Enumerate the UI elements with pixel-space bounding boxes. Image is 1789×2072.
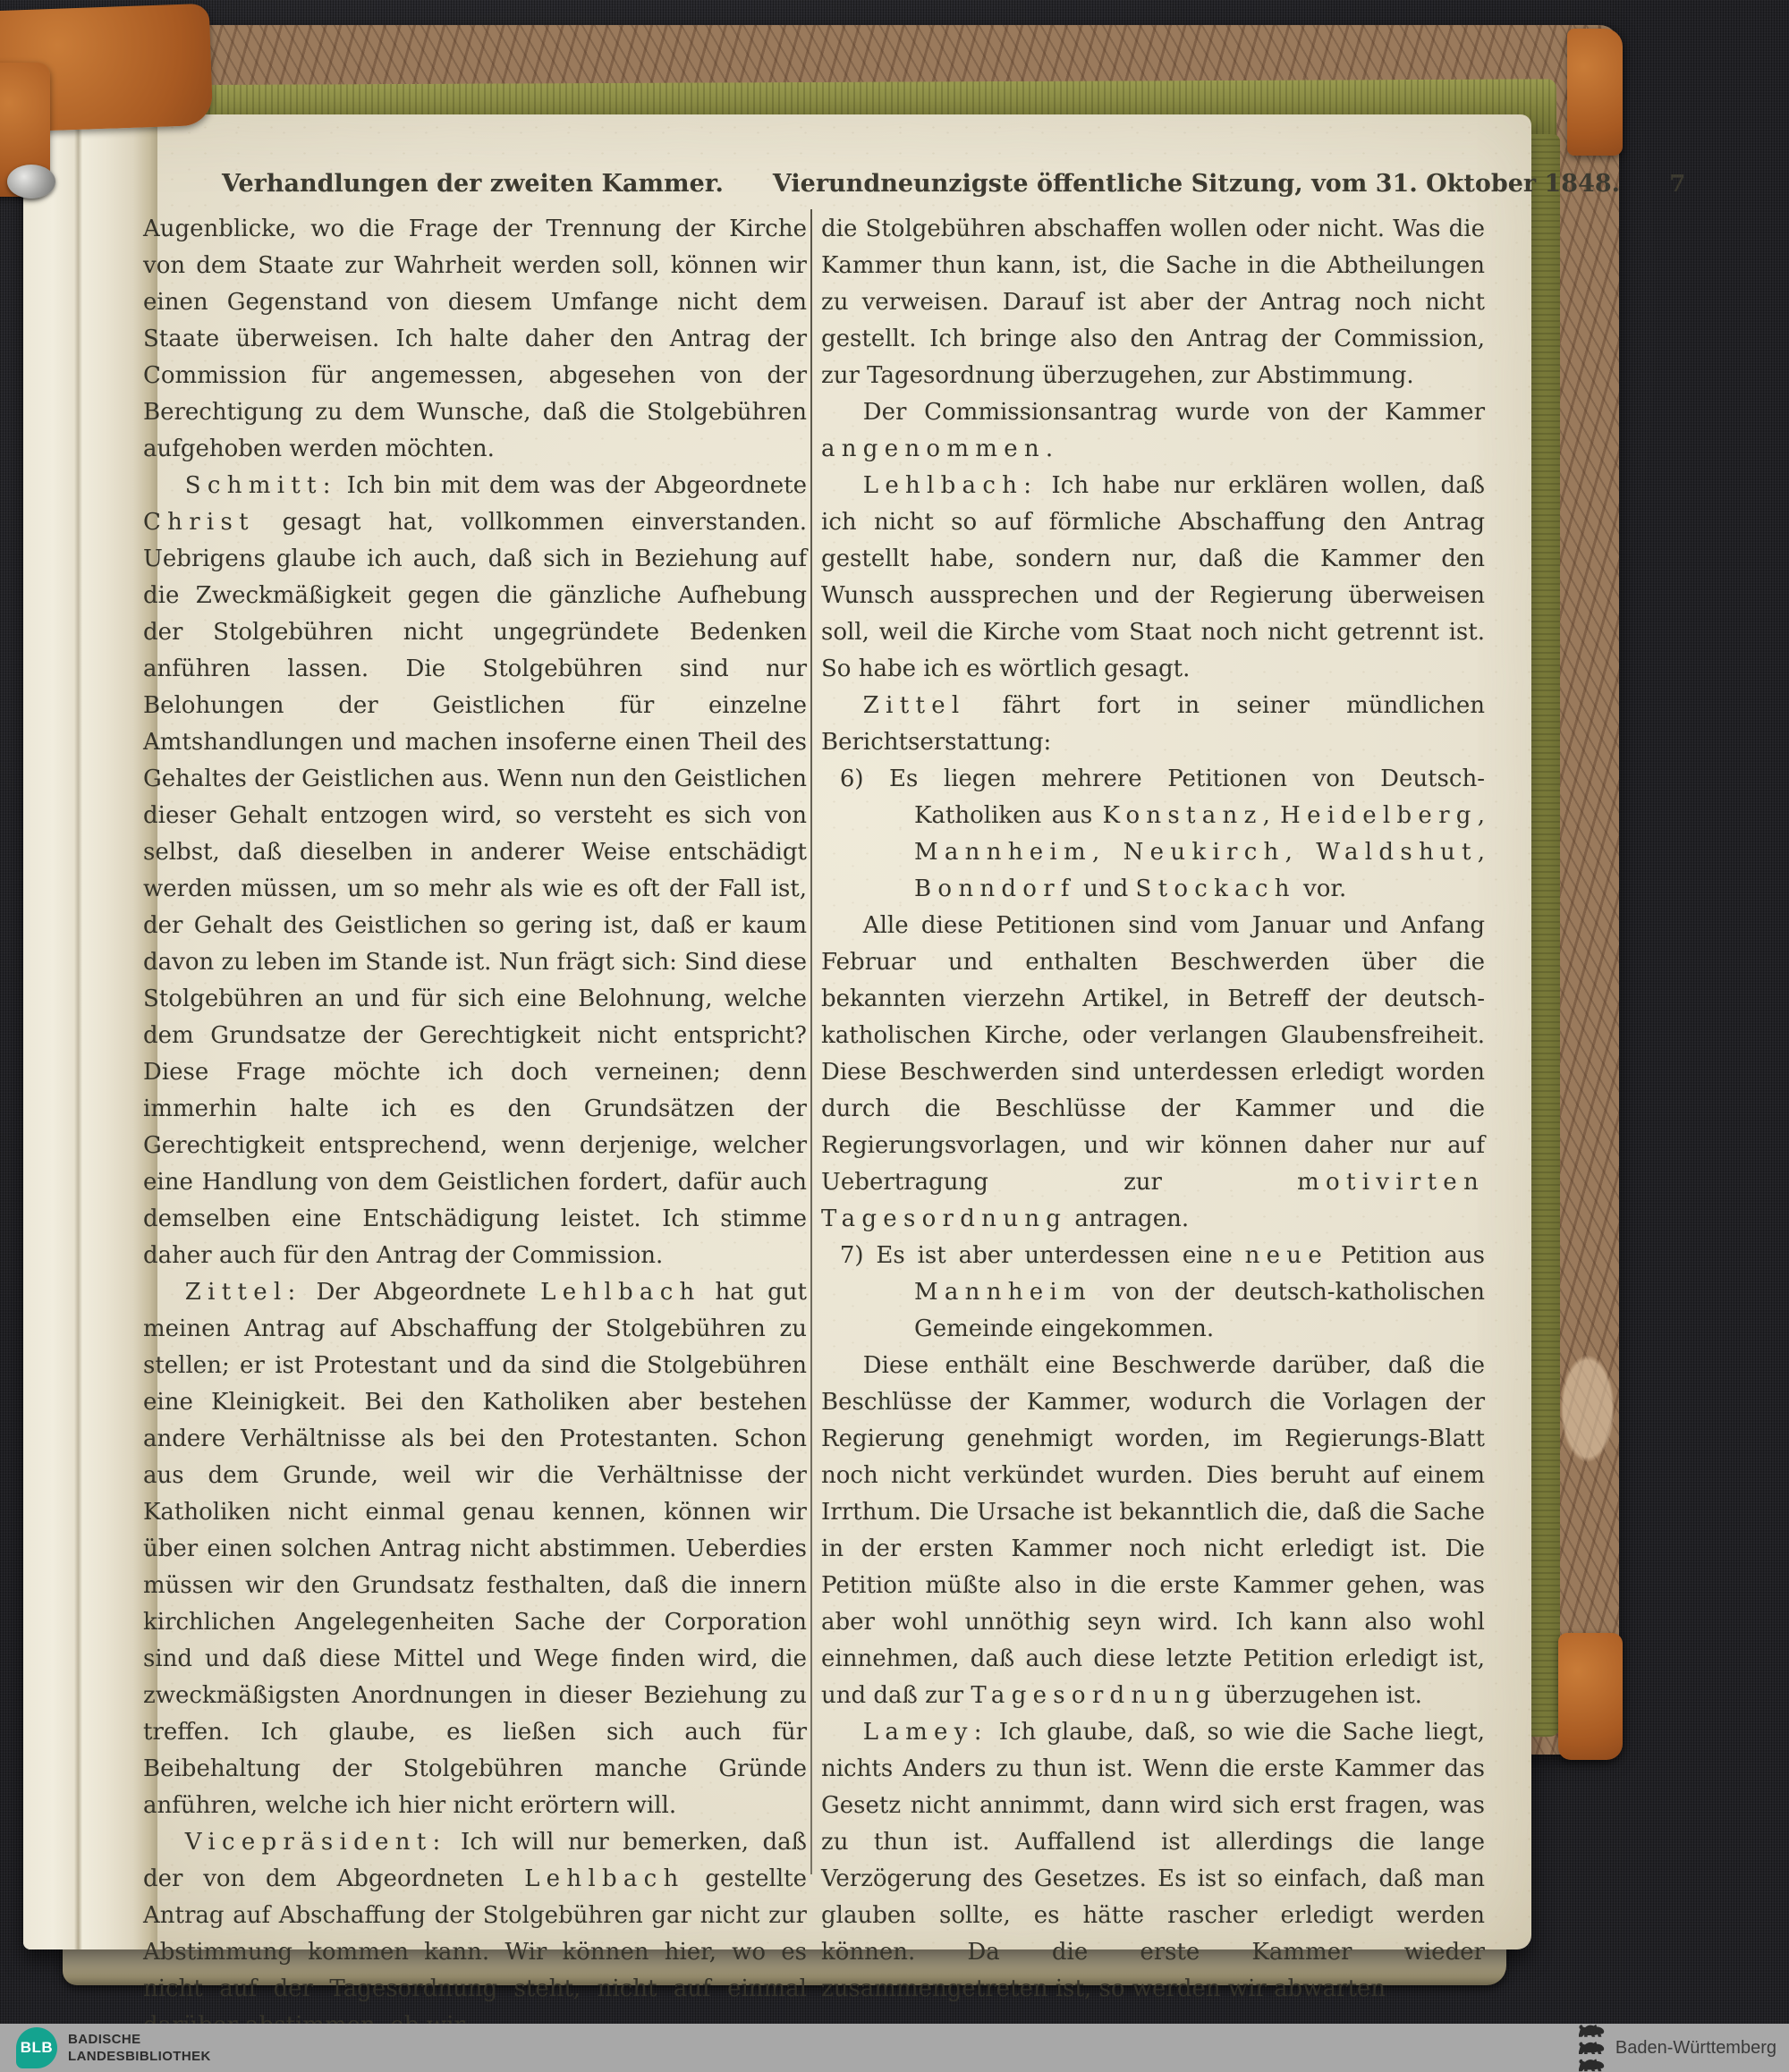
header-left-title: Verhandlungen der zweiten Kammer. bbox=[222, 170, 724, 198]
text-paragraph: Schmitt: Ich bin mit dem was der Abgeord… bbox=[143, 468, 807, 1274]
text-paragraph: 7) Es ist aber unterdessen eine neue Pet… bbox=[821, 1238, 1485, 1348]
column-divider bbox=[810, 209, 812, 1874]
text-paragraph: Lamey: Ich glaube, daß, so wie die Sache… bbox=[821, 1714, 1485, 2008]
leather-corner-top-right bbox=[1567, 29, 1623, 156]
text-paragraph: die Stolgebühren abschaffen wollen oder … bbox=[821, 211, 1485, 394]
library-name-line2: LANDESBIBLIOTHEK bbox=[68, 2048, 211, 2066]
state-branding: Baden-Württemberg bbox=[1576, 2023, 1776, 2072]
header-right-title: Vierundneunzigste öffentliche Sitzung, v… bbox=[773, 170, 1620, 198]
library-name: BADISCHE LANDESBIBLIOTHEK bbox=[68, 2031, 211, 2066]
metal-clasp bbox=[7, 165, 55, 199]
text-paragraph: Augenblicke, wo die Frage der Trennung d… bbox=[143, 211, 807, 468]
text-paragraph: Zittel fährt fort in seiner mündlichen B… bbox=[821, 688, 1485, 761]
scanned-page: Verhandlungen der zweiten Kammer. Vierun… bbox=[23, 114, 1531, 1949]
text-paragraph: Diese enthält eine Beschwerde darüber, d… bbox=[821, 1348, 1485, 1714]
text-paragraph: Der Commissionsantrag wurde von der Kamm… bbox=[821, 394, 1485, 468]
bw-lions-icon bbox=[1576, 2023, 1607, 2072]
leather-corner-bottom-right bbox=[1558, 1633, 1623, 1760]
text-paragraph: Alle diese Petitionen sind vom Januar un… bbox=[821, 908, 1485, 1238]
page-number: 7 bbox=[1669, 171, 1685, 198]
library-name-line1: BADISCHE bbox=[68, 2031, 211, 2049]
text-paragraph: 6) Es liegen mehrere Petitionen von Deut… bbox=[821, 761, 1485, 908]
column-left: Augenblicke, wo die Frage der Trennung d… bbox=[143, 211, 807, 2044]
state-name: Baden-Württemberg bbox=[1615, 2038, 1776, 2059]
page-gutter bbox=[23, 114, 157, 1949]
text-paragraph: Zittel: Der Abgeordnete Lehlbach hat gut… bbox=[143, 1274, 807, 1824]
column-right: die Stolgebühren abschaffen wollen oder … bbox=[821, 211, 1485, 2008]
footer-bar: BLB BADISCHE LANDESBIBLIOTHEK Baden-Würt… bbox=[0, 2024, 1789, 2072]
text-paragraph: Lehlbach: Ich habe nur erklären wollen, … bbox=[821, 468, 1485, 688]
text-paragraph: Vicepräsident: Ich will nur bemerken, da… bbox=[143, 1824, 807, 2044]
blb-logo: BLB bbox=[16, 2027, 57, 2068]
page-header: Verhandlungen der zweiten Kammer. Vierun… bbox=[143, 170, 1480, 198]
